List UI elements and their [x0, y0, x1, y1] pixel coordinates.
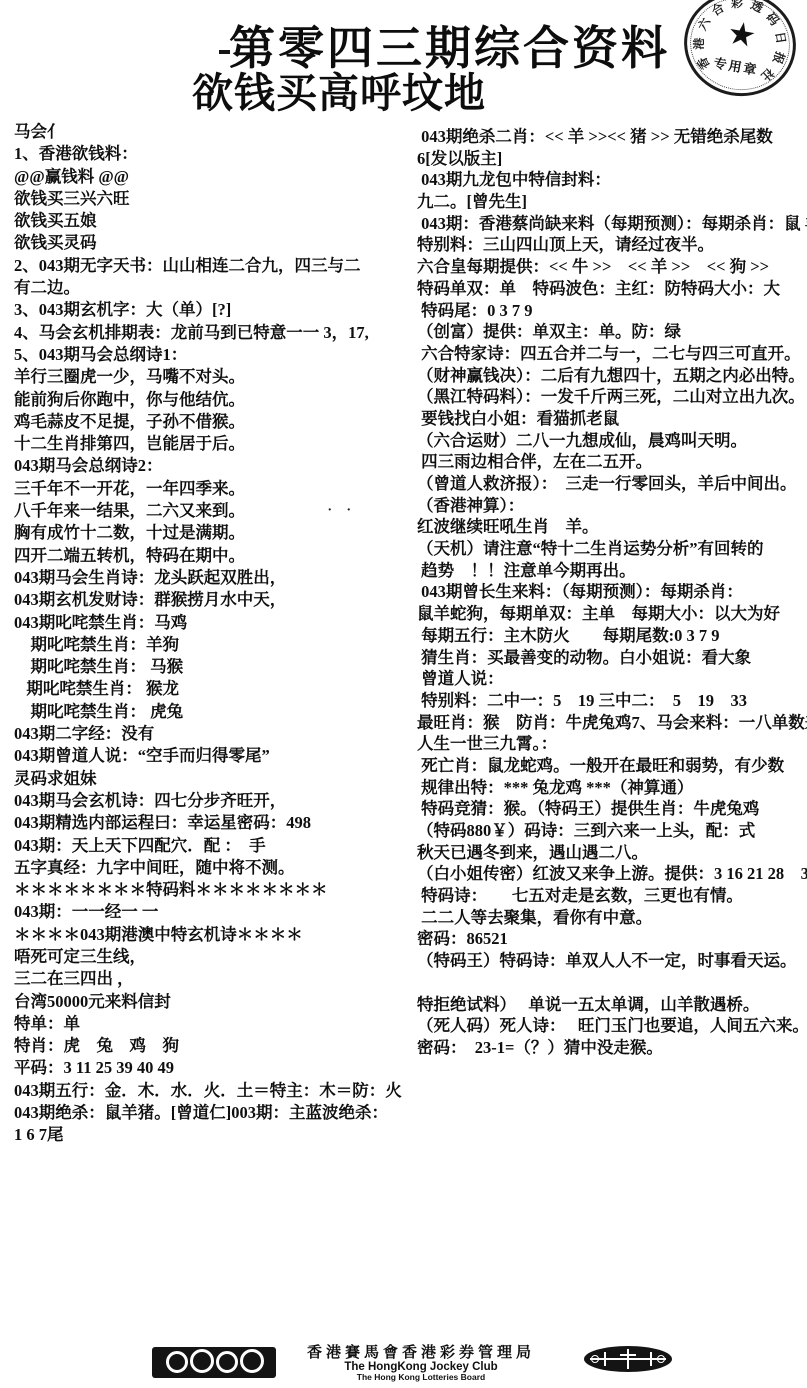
- text-line: 欲钱买灵码: [14, 232, 416, 254]
- text-line: 2、043期无字天书：山山相连二合九，四三与二: [14, 255, 416, 277]
- text-line: 043期马会生肖诗：龙头跃起双胜出，: [14, 567, 416, 589]
- text-line: 特码尾：0 3 7 9: [417, 300, 807, 322]
- text-line: 灵码求姐妹: [14, 768, 416, 790]
- text-line: （黑江特码料）：一发千斤两三死，二山对立出九次。: [417, 386, 807, 408]
- text-line: 043期马会总纲诗2：: [14, 455, 416, 477]
- footer-organization-block: 香港賽馬會香港彩券管理局 The HongKong Jockey Club Th…: [288, 1341, 554, 1382]
- text-line: 期叱咤禁生肖： 马猴: [14, 656, 416, 678]
- text-line: 鸡毛蒜皮不足提，子孙不借猴。: [14, 411, 416, 433]
- star-icon: ★: [725, 16, 759, 52]
- text-line: 趋势 ！！注意单今期再出。: [417, 560, 807, 582]
- page-title-line2: 欲钱买高呼坟地: [192, 60, 486, 119]
- text-line: （创富）提供：单双主：单。防：绿: [417, 321, 807, 343]
- text-line: 曾道人说：: [417, 668, 807, 690]
- text-line: 五字真经：九字中间旺，随中将不测。: [14, 857, 416, 879]
- text-line: 043期五行：金．木．水．火．土＝特主：木＝防：火: [14, 1080, 416, 1102]
- text-line: 特拒绝试料） 单说一五太单调，山羊散遇桥。: [417, 994, 807, 1016]
- seal-ring-char: 日: [772, 30, 790, 46]
- text-line: 唔死可定三生线，: [14, 946, 416, 968]
- text-line: （死人码）死人诗： 旺门玉门也要追，人间五六来。: [417, 1015, 807, 1037]
- text-line: 十二生肖排第四，岂能居于后。: [14, 433, 416, 455]
- text-line: 4、马会玄机排期表：龙前马到已特意一一 3，17,: [14, 322, 416, 344]
- logo-cross: [627, 1349, 629, 1369]
- text-line: ＊＊＊＊043期港澳中特玄机诗＊＊＊＊: [14, 924, 416, 946]
- text-line: （财神赢钱决）：二后有九想四十，五期之内必出特。: [417, 365, 807, 387]
- text-line: 马会亻: [14, 121, 416, 143]
- text-line: 期叱咤禁生肖： 虎兔: [14, 701, 416, 723]
- text-line: 密码：86521: [417, 928, 807, 950]
- lotteries-board-oval-logo: [584, 1346, 672, 1372]
- logo-cross: [620, 1354, 636, 1356]
- text-line: 羊行三圈虎一少，马嘴不对头。: [14, 366, 416, 388]
- text-line: 二二人等去聚集，看你有中意。: [417, 907, 807, 929]
- text-line: 有二边。: [14, 277, 416, 299]
- left-text-column: 马会亻1、香港欲钱料：@@赢钱料 @@欲钱买三兴六旺欲钱买五娘欲钱买灵码2、04…: [14, 121, 416, 1147]
- text-line: （天机）请注意“特十二生肖运势分析”有回转的: [417, 538, 807, 560]
- text-line: 043期：香港蔡尚缺来料（每期预测）：每期杀肖：鼠 羊: [417, 213, 807, 235]
- text-line: 能前狗后你跑中，你与他结伉。: [14, 389, 416, 411]
- text-line: 6[发以版主]: [417, 148, 807, 170]
- text-line: 043期精选内部运程曰：幸运星密码：498: [14, 812, 416, 834]
- text-line: （白小姐传密）红波又来争上游。提供：3 16 21 28 32: [417, 863, 807, 885]
- text-line: 1、香港欲钱料：: [14, 143, 416, 165]
- logo-ring-icon: [216, 1351, 238, 1373]
- right-text-column: 043期绝杀二肖：<< 羊 >><< 猪 >> 无错绝杀尾数6[发以版主] 04…: [417, 126, 807, 1059]
- text-line: 四三雨边相合伴，左在二五开。: [417, 451, 807, 473]
- text-line: 死亡肖：鼠龙蛇鸡。一般开在最旺和弱势，有少数: [417, 755, 807, 777]
- text-line: 特码单双：单 特码波色：主红：防特码大小：大: [417, 278, 807, 300]
- text-line: （特码王）特码诗：单双人人不一定，时事看天运。: [417, 950, 807, 972]
- jockey-club-rings-logo: [152, 1347, 276, 1378]
- text-line: 特肖：虎 兔 鸡 狗: [14, 1035, 416, 1057]
- text-line: 043期曾道人说：“空手而归得零尾”: [14, 745, 416, 767]
- text-line: 平码：3 11 25 39 40 49: [14, 1057, 416, 1079]
- text-line: 六合皇每期提供：<< 牛 >> << 羊 >> << 狗 >>: [417, 256, 807, 278]
- ink-dots-mark: ∙ ∙: [328, 503, 357, 519]
- text-line: 043期：一一经一 一: [14, 901, 416, 923]
- logo-bar: [650, 1352, 652, 1366]
- text-line: @@赢钱料 @@: [14, 166, 416, 188]
- document-page: 第零四三期综合资料 欲钱买高呼坟地 香港六合彩透码日报社 ★ 专用章 马会亻1、…: [0, 0, 807, 1388]
- text-line: ＊＊＊＊＊＊＊＊特码料＊＊＊＊＊＊＊＊: [14, 879, 416, 901]
- text-line: 欲钱买三兴六旺: [14, 188, 416, 210]
- text-line: 三二在三四出 ，: [14, 968, 416, 990]
- text-line: （特码880￥）码诗：三到六来一上头，配：式: [417, 820, 807, 842]
- logo-dot-icon: [657, 1355, 665, 1363]
- text-line: 九二。[曾先生]: [417, 191, 807, 213]
- text-line: 043期马会玄机诗：四七分步齐旺开，: [14, 790, 416, 812]
- text-line: 台湾50000元来料信封: [14, 991, 416, 1013]
- text-line: 043期绝杀二肖：<< 羊 >><< 猪 >> 无错绝杀尾数: [417, 126, 807, 148]
- text-line: 期叱咤禁生肖：羊狗: [14, 634, 416, 656]
- text-line: 要钱找白小姐：看猫抓老鼠: [417, 408, 807, 430]
- footer-org-name-cn: 香港賽馬會香港彩券管理局: [288, 1341, 554, 1362]
- text-line: [417, 972, 807, 994]
- logo-ring-icon: [240, 1349, 264, 1373]
- text-line: 043期：天上天下四配穴．配 ： 手: [14, 835, 416, 857]
- text-line: 每期五行：主木防火 每期尾数:0 3 7 9: [417, 625, 807, 647]
- logo-dot-icon: [591, 1355, 599, 1363]
- text-line: 3、043期玄机字：大（单）[?]: [14, 299, 416, 321]
- text-line: 1 6 7尾: [14, 1124, 416, 1146]
- text-line: 四开二端五转机，特码在期中。: [14, 545, 416, 567]
- text-line: 特单：单: [14, 1013, 416, 1035]
- text-line: （六合运财）二八一九想成仙，晨鸡叫天明。: [417, 430, 807, 452]
- text-line: 5、043期马会总纲诗1：: [14, 344, 416, 366]
- text-line: 特别料：三山四山顶上天，请经过夜半。: [417, 234, 807, 256]
- newspaper-seal-stamp: 香港六合彩透码日报社 ★ 专用章: [676, 0, 804, 105]
- text-line: 秋天已遇冬到来，遇山遇二八。: [417, 842, 807, 864]
- logo-ring-icon: [190, 1349, 214, 1373]
- text-line: 043期曾长生来料：（每期预测）：每期杀肖：: [417, 581, 807, 603]
- text-line: 密码： 23-1=（？）猜中没走猴。: [417, 1037, 807, 1059]
- text-line: 特码诗： 七五对走是玄数，三更也有情。: [417, 885, 807, 907]
- text-line: 红波继续旺吼生肖 羊。: [417, 516, 807, 538]
- text-line: 043期玄机发财诗：群猴捞月水中天，: [14, 589, 416, 611]
- text-line: 043期二字经：没有: [14, 723, 416, 745]
- seal-ring-char: 港: [691, 37, 707, 51]
- text-line: 三千年不一开花，一年四季来。: [14, 478, 416, 500]
- text-line: 猜生肖：买最善变的动物。白小姐说：看大象: [417, 647, 807, 669]
- text-line: 鼠羊蛇狗，每期单双：主单 每期大小：以大为好: [417, 603, 807, 625]
- text-line: （香港神算）：: [417, 495, 807, 517]
- logo-bar: [604, 1352, 606, 1366]
- text-line: 043期叱咤禁生肖：马鸡: [14, 612, 416, 634]
- text-line: 期叱咤禁生肖： 猴龙: [14, 678, 416, 700]
- text-line: 最旺肖：猴 防肖：牛虎兔鸡7、马会来料：一八单数来加四，: [417, 712, 807, 734]
- text-line: （曾道人救济报）： 三走一行零回头，羊后中间出。: [417, 473, 807, 495]
- text-line: 规律出特：*** 兔龙鸡 ***（神算通）: [417, 777, 807, 799]
- seal-ring-char: 彩: [729, 0, 744, 12]
- logo-ring-icon: [166, 1351, 188, 1373]
- text-line: 人生一世三九霄。：: [417, 733, 807, 755]
- text-line: 043期绝杀：鼠羊猪。[曾道仁]003期：主蓝波绝杀：: [14, 1102, 416, 1124]
- text-line: 043期九龙包中特信封料：: [417, 169, 807, 191]
- text-line: 胸有成竹十二数，十过是满期。: [14, 522, 416, 544]
- footer-org-subtitle-en: The Hong Kong Lotteries Board: [288, 1373, 554, 1382]
- text-line: 六合特家诗：四五合并二与一，二七与四三可直开。: [417, 343, 807, 365]
- text-line: 欲钱买五娘: [14, 210, 416, 232]
- text-line: 特别料：二中一：5 19 三中二： 5 19 33: [417, 690, 807, 712]
- text-line: 特码竞猜：猴。（特码王）提供生肖：牛虎兔鸡: [417, 798, 807, 820]
